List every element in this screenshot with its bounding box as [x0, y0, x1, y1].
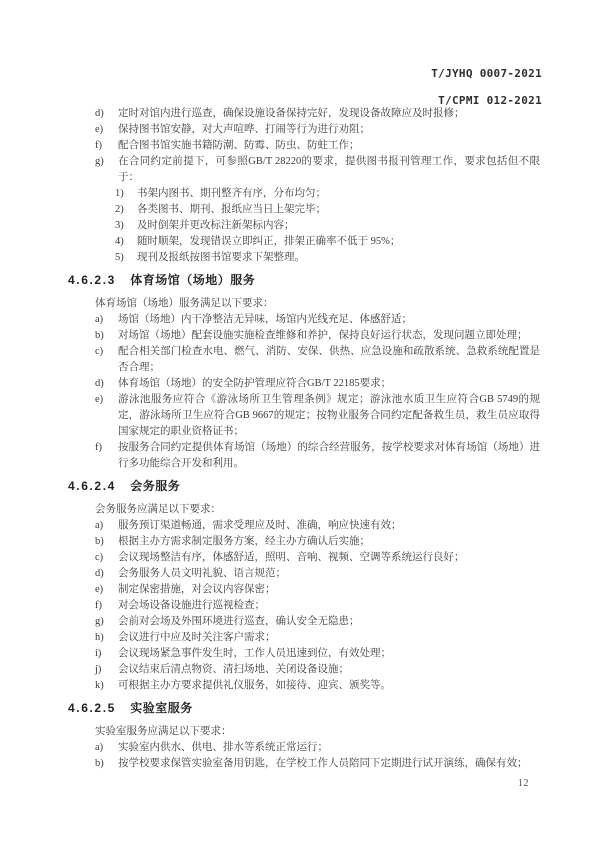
list-item: 3) 及时倒架并更改标注新架标内容； — [95, 218, 540, 234]
section-heading: 4.6.2.3 体育场馆（场地）服务 — [68, 272, 540, 288]
list-item-text: 服务预订渠道畅通，需求受理应及时、准确，响应快速有效； — [118, 518, 540, 534]
list-item: c) 会议现场整洁有序，体感舒适，照明、音响、视频、空调等系统运行良好； — [95, 550, 540, 566]
list-item-label: e) — [95, 122, 118, 138]
list-item: b) 对场馆（场地）配套设施实施检查维修和养护，保持良好运行状态，发现问题立即处… — [95, 328, 540, 344]
list-item-text: 及时倒架并更改标注新架标内容； — [137, 218, 540, 234]
list-item: a) 场馆（场地）内干净整洁无异味，场馆内光线充足、体感舒适； — [95, 312, 540, 328]
list-item-label: e) — [95, 392, 118, 408]
list-item: i) 会议现场紧急事件发生时，工作人员迅速到位，有效处理； — [95, 646, 540, 662]
list-item-label: a) — [95, 518, 118, 534]
list-item-label: c) — [95, 344, 118, 360]
list-item-text: 会议现场紧急事件发生时，工作人员迅速到位，有效处理； — [118, 646, 540, 662]
list-item-label: g) — [95, 154, 118, 170]
list-item: d) 会务服务人员文明礼貌、语言规范； — [95, 566, 540, 582]
list-item-label: f) — [95, 440, 118, 456]
list-item: b) 根据主办方需求制定服务方案，经主办方确认后实施； — [95, 534, 540, 550]
list-item-label: d) — [95, 566, 118, 582]
list-item-label: d) — [95, 106, 118, 122]
list-item: 2) 各类图书、期刊、报纸应当日上架完毕； — [95, 202, 540, 218]
document-page: T/JYHQ 0007-2021 T/CPMI 012-2021 d) 定时对馆… — [0, 0, 600, 848]
list-item-label: j) — [95, 662, 118, 678]
list-item-label: b) — [95, 328, 118, 344]
list-item: g) 在合同约定前提下，可参照GB/T 28220的要求，提供图书报刊管理工作，… — [95, 154, 540, 186]
list-item: a) 实验室内供水、供电、排水等系统正常运行； — [95, 740, 540, 756]
list-item-text: 配合相关部门检查水电、燃气、消防、安保、供热、应急设施和疏散系统、急救系统配置是… — [118, 344, 540, 376]
list-item-text: 会议进行中应及时关注客户需求； — [118, 630, 540, 646]
list-item: h) 会议进行中应及时关注客户需求； — [95, 630, 540, 646]
list-item-label: a) — [95, 312, 118, 328]
list-item-text: 定时对馆内进行巡查，确保设施设备保持完好，发现设备故障应及时报修； — [118, 106, 540, 122]
list-item-text: 按服务合同约定提供体育场馆（场地）的综合经营服务，按学校要求对体育场馆（场地）进… — [118, 440, 540, 472]
list-item: f) 配合图书馆实施书籍防潮、防霉、防虫、防蛀工作； — [95, 138, 540, 154]
list-item: e) 游泳池服务应符合《游泳场所卫生管理条例》规定；游泳池水质卫生应符合GB 5… — [95, 392, 540, 440]
list-item-label: c) — [95, 550, 118, 566]
list-item: k) 可根据主办方要求提供礼仪服务，如接待、迎宾、颁奖等。 — [95, 678, 540, 694]
list-item-text: 对会场设备设施进行巡视检查； — [118, 598, 540, 614]
list-item: d) 定时对馆内进行巡查，确保设施设备保持完好，发现设备故障应及时报修； — [95, 106, 540, 122]
list-item-text: 随时顺架，发现错误立即纠正，排架正确率不低于 95%； — [137, 234, 540, 250]
section-intro: 会务服务应满足以下要求： — [95, 502, 540, 518]
list-item: 5) 现刊及报纸按图书馆要求下架整理。 — [95, 250, 540, 266]
list-item-text: 会议结束后清点物资、清扫场地、关闭设备设施； — [118, 662, 540, 678]
list-item-label: b) — [95, 756, 118, 772]
list-item-label: 2) — [115, 202, 137, 218]
section-requirement-list: a) 实验室内供水、供电、排水等系统正常运行； b) 按学校要求保管实验室备用钥… — [95, 740, 540, 772]
list-item-text: 场馆（场地）内干净整洁无异味，场馆内光线充足、体感舒适； — [118, 312, 540, 328]
list-item: a) 服务预订渠道畅通，需求受理应及时、准确，响应快速有效； — [95, 518, 540, 534]
list-item-label: i) — [95, 646, 118, 662]
section-number: 4.6.2.5 — [68, 701, 116, 715]
section-sports-venue-service: 4.6.2.3 体育场馆（场地）服务 体育场馆（场地）服务满足以下要求： a) … — [68, 272, 540, 472]
list-item-text: 可根据主办方要求提供礼仪服务，如接待、迎宾、颁奖等。 — [118, 678, 540, 694]
list-item-text: 在合同约定前提下，可参照GB/T 28220的要求，提供图书报刊管理工作，要求包… — [118, 154, 540, 186]
section-title: 会务服务 — [130, 479, 180, 493]
list-item-label: b) — [95, 534, 118, 550]
section-heading: 4.6.2.4 会务服务 — [68, 478, 540, 494]
list-item: j) 会议结束后清点物资、清扫场地、关闭设备设施； — [95, 662, 540, 678]
section-requirement-list: a) 场馆（场地）内干净整洁无异味，场馆内光线充足、体感舒适； b) 对场馆（场… — [95, 312, 540, 472]
list-item-text: 根据主办方需求制定服务方案，经主办方确认后实施； — [118, 534, 540, 550]
list-item-label: d) — [95, 376, 118, 392]
section-requirement-list: a) 服务预订渠道畅通，需求受理应及时、准确，响应快速有效； b) 根据主办方需… — [95, 518, 540, 694]
section-title: 实验室服务 — [130, 701, 193, 715]
list-item-text: 体育场馆（场地）的安全防护管理应符合GB/T 22185要求； — [118, 376, 540, 392]
continued-requirement-list: d) 定时对馆内进行巡查，确保设施设备保持完好，发现设备故障应及时报修； e) … — [95, 106, 540, 266]
list-item: 1) 书架内图书、期刊整齐有序，分布均匀； — [95, 186, 540, 202]
section-number: 4.6.2.3 — [68, 273, 116, 287]
section-laboratory-service: 4.6.2.5 实验室服务 实验室服务应满足以下要求： a) 实验室内供水、供电… — [68, 700, 540, 772]
standard-code-primary: T/JYHQ 0007-2021 — [431, 60, 542, 87]
list-item-label: a) — [95, 740, 118, 756]
list-item-text: 实验室内供水、供电、排水等系统正常运行； — [118, 740, 540, 756]
section-heading: 4.6.2.5 实验室服务 — [68, 700, 540, 716]
list-item-text: 保持图书馆安静，对大声喧哗、打闹等行为进行劝阻； — [118, 122, 540, 138]
list-item: d) 体育场馆（场地）的安全防护管理应符合GB/T 22185要求； — [95, 376, 540, 392]
list-item-text: 制定保密措施，对会议内容保密； — [118, 582, 540, 598]
list-item-label: 5) — [115, 250, 137, 266]
list-item: b) 按学校要求保管实验室备用钥匙，在学校工作人员陪同下定期进行试开演练，确保有… — [95, 756, 540, 772]
list-item-label: g) — [95, 614, 118, 630]
list-item: f) 按服务合同约定提供体育场馆（场地）的综合经营服务，按学校要求对体育场馆（场… — [95, 440, 540, 472]
page-content: d) 定时对馆内进行巡查，确保设施设备保持完好，发现设备故障应及时报修； e) … — [68, 106, 540, 772]
list-item-label: 3) — [115, 218, 137, 234]
list-item-text: 现刊及报纸按图书馆要求下架整理。 — [137, 250, 540, 266]
list-item-label: 1) — [115, 186, 137, 202]
list-item-text: 各类图书、期刊、报纸应当日上架完毕； — [137, 202, 540, 218]
page-number: 12 — [518, 778, 529, 789]
list-item-label: 4) — [115, 234, 137, 250]
list-item-text: 对场馆（场地）配套设施实施检查维修和养护，保持良好运行状态，发现问题立即处理； — [118, 328, 540, 344]
list-item-label: k) — [95, 678, 118, 694]
section-title: 体育场馆（场地）服务 — [130, 273, 255, 287]
list-item-label: e) — [95, 582, 118, 598]
list-item-text: 会务服务人员文明礼貌、语言规范； — [118, 566, 540, 582]
list-item-label: f) — [95, 138, 118, 154]
section-intro: 体育场馆（场地）服务满足以下要求： — [95, 296, 540, 312]
list-item: e) 保持图书馆安静，对大声喧哗、打闹等行为进行劝阻； — [95, 122, 540, 138]
list-item-text: 会议现场整洁有序，体感舒适，照明、音响、视频、空调等系统运行良好； — [118, 550, 540, 566]
list-item: f) 对会场设备设施进行巡视检查； — [95, 598, 540, 614]
list-item: g) 会前对会场及外围环境进行巡查，确认安全无隐患； — [95, 614, 540, 630]
list-item-text: 书架内图书、期刊整齐有序，分布均匀； — [137, 186, 540, 202]
list-item: c) 配合相关部门检查水电、燃气、消防、安保、供热、应急设施和疏散系统、急救系统… — [95, 344, 540, 376]
list-item: 4) 随时顺架，发现错误立即纠正，排架正确率不低于 95%； — [95, 234, 540, 250]
section-conference-service: 4.6.2.4 会务服务 会务服务应满足以下要求： a) 服务预订渠道畅通，需求… — [68, 478, 540, 694]
section-intro: 实验室服务应满足以下要求： — [95, 724, 540, 740]
section-number: 4.6.2.4 — [68, 479, 116, 493]
list-item-text: 游泳池服务应符合《游泳场所卫生管理条例》规定；游泳池水质卫生应符合GB 5749… — [118, 392, 540, 440]
list-item-label: h) — [95, 630, 118, 646]
list-item: e) 制定保密措施，对会议内容保密； — [95, 582, 540, 598]
list-item-text: 配合图书馆实施书籍防潮、防霉、防虫、防蛀工作； — [118, 138, 540, 154]
list-item-text: 按学校要求保管实验室备用钥匙，在学校工作人员陪同下定期进行试开演练，确保有效； — [118, 756, 540, 772]
list-item-label: f) — [95, 598, 118, 614]
list-item-text: 会前对会场及外围环境进行巡查，确认安全无隐患； — [118, 614, 540, 630]
